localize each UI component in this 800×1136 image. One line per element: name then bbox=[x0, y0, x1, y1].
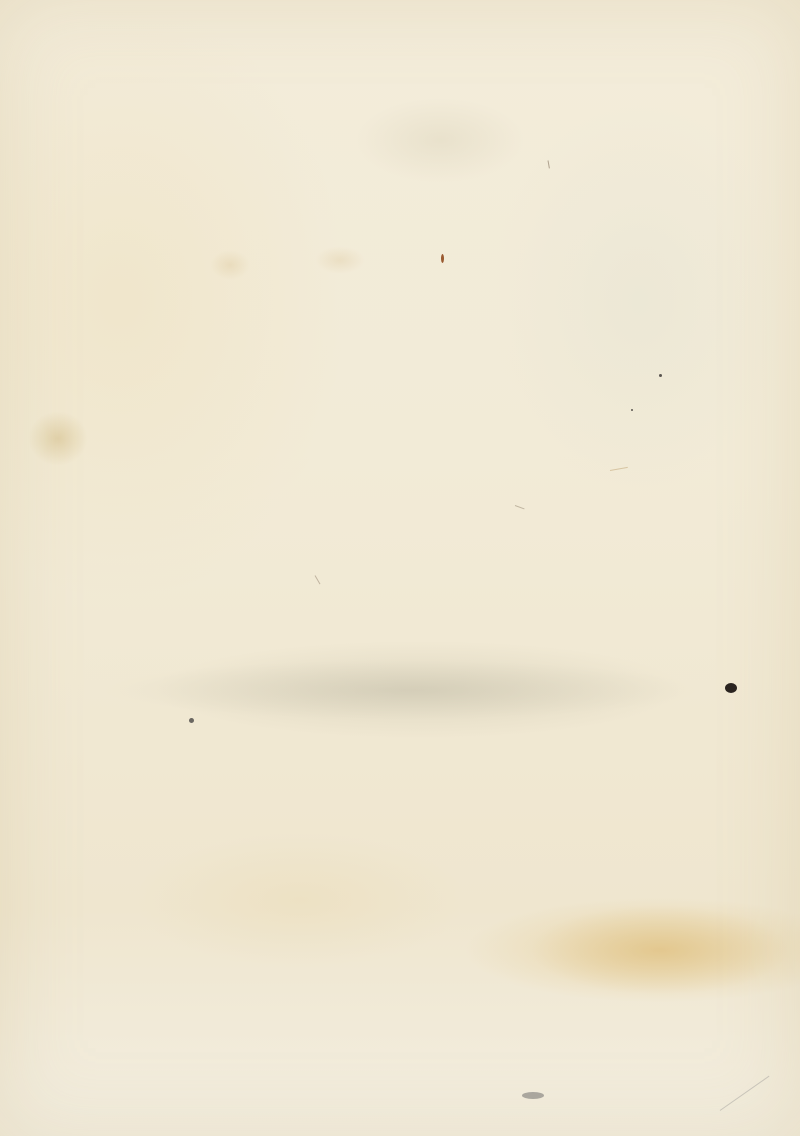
stain-top-mid-2 bbox=[315, 246, 365, 274]
grey-band-middle bbox=[100, 660, 700, 720]
large-stain-bottom-right bbox=[530, 905, 790, 995]
fiber-4 bbox=[315, 575, 321, 584]
round-stain-left bbox=[28, 411, 88, 466]
speck-upper-right bbox=[659, 374, 662, 377]
fiber-2 bbox=[610, 467, 628, 471]
ink-dot-right bbox=[725, 683, 737, 693]
stain-top-mid bbox=[210, 250, 250, 280]
rust-fiber-top bbox=[441, 254, 444, 263]
fiber-1 bbox=[548, 160, 550, 168]
blank-aged-paper-page bbox=[0, 0, 800, 1136]
fiber-3 bbox=[515, 505, 525, 509]
grey-smudge-bottom bbox=[522, 1092, 544, 1099]
speck-mid-right bbox=[631, 409, 633, 411]
scratch-bottom-right bbox=[720, 1076, 770, 1111]
dark-speck-left bbox=[189, 718, 194, 723]
paper-edge-vignette bbox=[0, 0, 800, 1136]
